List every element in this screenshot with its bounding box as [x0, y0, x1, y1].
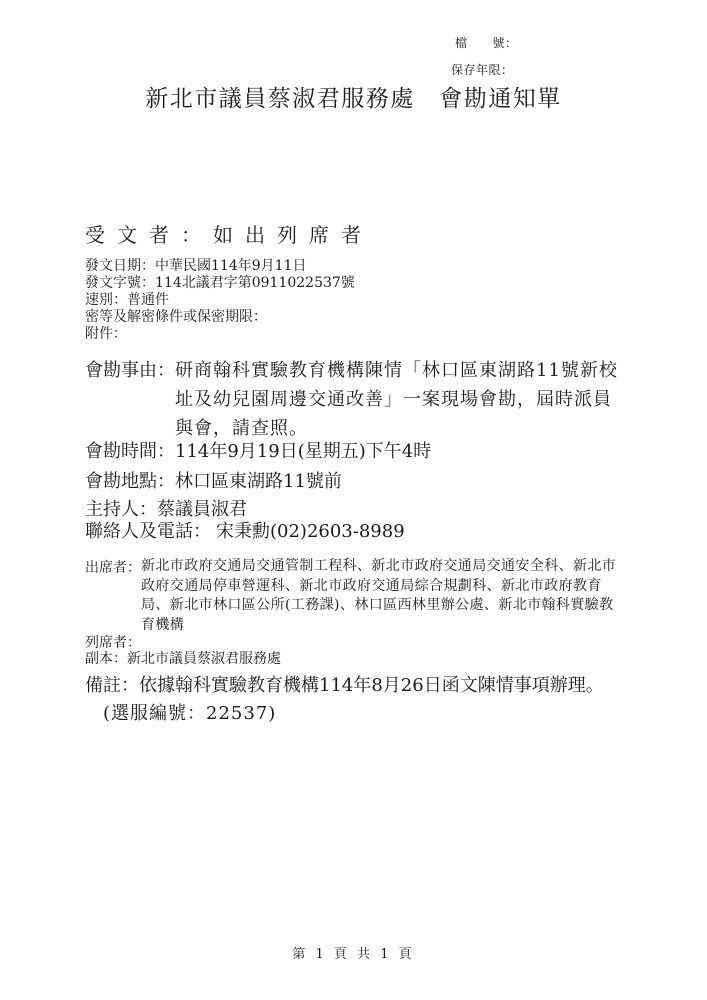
meta-block: 發文日期：中華民國114年9月11日 發文字號：114北議君字第09110225…: [85, 258, 355, 343]
speed-class-line: 速別：普通件: [85, 292, 355, 309]
field-attendees: 出席者： 新北市政府交通局交通管制工程科、新北市政府交通局交通安全科、新北市 政…: [85, 557, 616, 635]
contact-value: 宋秉勳(02)2603-8989: [216, 517, 405, 543]
survey-subject-line: 研商翰科實驗教育機構陳情「林口區東湖路11號新校: [175, 356, 618, 385]
retention-period-label: 保存年限：: [451, 61, 514, 78]
survey-time-label: 會勘時間：: [85, 437, 175, 463]
remarks-line1: 依據翰科實驗教育機構114年8月26日函文陳情事項辦理。: [139, 671, 604, 697]
field-survey-location: 會勘地點： 林口區東湖路11號前: [85, 467, 342, 493]
field-survey-subject: 會勘事由： 研商翰科實驗教育機構陳情「林口區東湖路11號新校 址及幼兒園周邊交通…: [85, 356, 618, 443]
survey-subject-label: 會勘事由：: [85, 356, 175, 382]
file-number-label: 檔 號：: [455, 34, 518, 51]
attendees-content: 新北市政府交通局交通管制工程科、新北市政府交通局交通安全科、新北市 政府交通局停…: [141, 557, 616, 635]
recipient-line: 受文者：如出列席者: [85, 219, 373, 248]
remarks-line2: (選服編號：22537): [103, 699, 276, 725]
contact-label: 聯絡人及電話：: [85, 517, 211, 543]
recipient-value: 如出列席者: [213, 223, 373, 247]
document-page: 檔 號： 保存年限： 新北市議員蔡淑君服務處 會勘通知單 受文者：如出列席者 發…: [0, 0, 707, 1000]
recipient-label: 受文者：: [85, 223, 213, 247]
survey-subject-line: 址及幼兒園周邊交通改善」一案現場會勘，屆時派員: [175, 385, 618, 414]
page-title: 新北市議員蔡淑君服務處 會勘通知單: [0, 80, 707, 113]
attendees-label: 出席者：: [85, 557, 141, 577]
security-class-line: 密等及解密條件或保密期限：: [85, 309, 355, 326]
copy-to-line: 副本：新北市議員蔡淑君服務處: [85, 648, 281, 668]
attendees-line: 局、新北市林口區公所(工務課)、林口區西林里辦公處、新北市翰科實驗教: [141, 596, 616, 616]
attendees-line: 新北市政府交通局交通管制工程科、新北市政府交通局交通安全科、新北市: [141, 557, 616, 577]
attendees-line: 育機構: [141, 616, 616, 636]
attachment-line: 附件：: [85, 326, 355, 343]
issue-number-line: 發文字號：114北議君字第0911022537號: [85, 275, 355, 292]
survey-location-value: 林口區東湖路11號前: [175, 467, 342, 493]
survey-subject-content: 研商翰科實驗教育機構陳情「林口區東湖路11號新校 址及幼兒園周邊交通改善」一案現…: [175, 356, 618, 443]
survey-time-value: 114年9月19日(星期五)下午4時: [175, 437, 431, 463]
survey-location-label: 會勘地點：: [85, 467, 175, 493]
field-survey-time: 會勘時間： 114年9月19日(星期五)下午4時: [85, 437, 431, 463]
field-remarks: 備註： 依據翰科實驗教育機構114年8月26日函文陳情事項辦理。: [85, 671, 604, 697]
page-footer: 第 1 頁 共 1 頁: [0, 943, 707, 962]
issue-date-line: 發文日期：中華民國114年9月11日: [85, 258, 355, 275]
field-contact: 聯絡人及電話： 宋秉勳(02)2603-8989: [85, 517, 405, 543]
remarks-label: 備註：: [85, 671, 139, 697]
attendees-line: 政府交通局停車營運科、新北市政府交通局綜合規劃科、新北市政府教育: [141, 577, 616, 597]
